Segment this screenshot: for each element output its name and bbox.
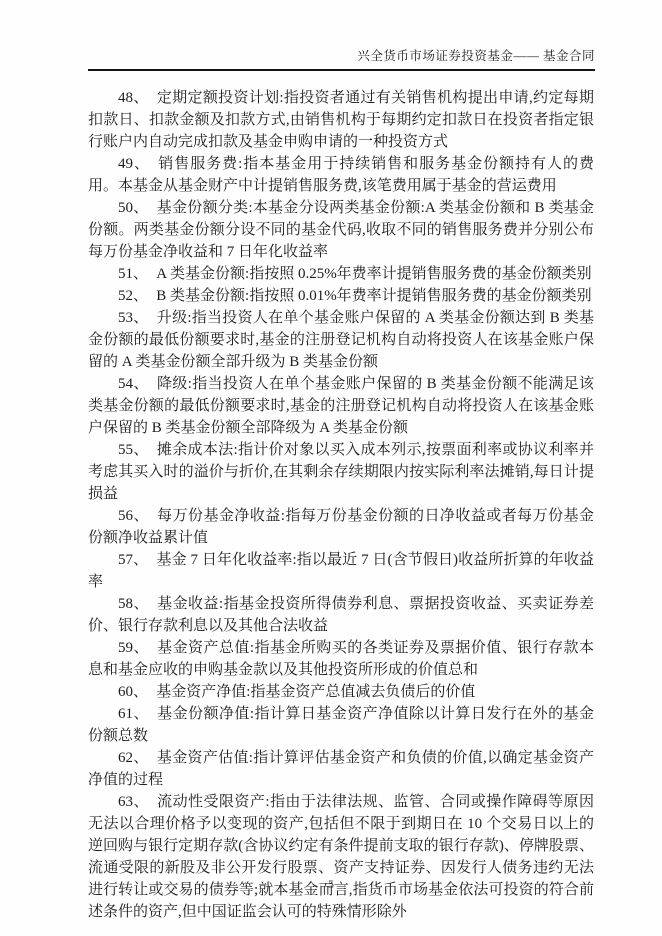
paragraph-text: 降级:指当投资人在单个基金账户保留的 B 类基金份额不能满足该类基金份额的最低份… [88, 376, 594, 436]
paragraph-number: 57、 [118, 552, 148, 568]
paragraph-number: 53、 [118, 310, 149, 326]
definition-paragraph-61: 61、基金份额净值:指计算日基金资产净值除以计算日发行在外的基金份额总数 [88, 703, 594, 747]
paragraph-text: 基金份额分类:本基金分设两类基金份额:A 类基金份额和 B 类基金份额。两类基金… [88, 200, 594, 260]
paragraph-text: 定期定额投资计划:指投资者通过有关销售机构提出申请,约定每期扣款日、扣款金额及扣… [88, 90, 594, 150]
paragraph-number: 61、 [118, 706, 149, 722]
definition-paragraph-55: 55、摊余成本法:指计价对象以买入成本列示,按票面利率或协议利率并考虑其买入时的… [88, 439, 594, 505]
definition-paragraph-58: 58、基金收益:指基金投资所得债券利息、票据投资收益、买卖证券差价、银行存款利息… [88, 593, 594, 637]
paragraph-number: 54、 [118, 376, 149, 392]
paragraph-number: 58、 [118, 596, 149, 612]
paragraph-text: 基金份额净值:指计算日基金资产净值除以计算日发行在外的基金份额总数 [88, 706, 594, 744]
paragraph-text: 基金资产估值:指计算评估基金资产和负债的价值,以确定基金资产净值的过程 [88, 750, 594, 788]
definition-paragraph-50: 50、基金份额分类:本基金分设两类基金份额:A 类基金份额和 B 类基金份额。两… [88, 197, 594, 263]
paragraph-text: 基金收益:指基金投资所得债券利息、票据投资收益、买卖证券差价、银行存款利息以及其… [88, 596, 594, 634]
paragraph-number: 51、 [118, 266, 148, 282]
paragraph-text: A 类基金份额:指按照 0.25%年费率计提销售服务费的基金份额类别 [156, 266, 591, 282]
definition-paragraph-53: 53、升级:指当投资人在单个基金账户保留的 A 类基金份额达到 B 类基金份额的… [88, 307, 594, 373]
definition-paragraph-49: 49、销售服务费:指本基金用于持续销售和服务基金份额持有人的费用。本基金从基金财… [88, 153, 594, 197]
paragraph-text: 摊余成本法:指计价对象以买入成本列示,按票面利率或协议利率并考虑其买入时的溢价与… [88, 442, 594, 502]
definition-paragraph-57: 57、基金 7 日年化收益率:指以最近 7 日(含节假日)收益所折算的年收益率 [88, 549, 594, 593]
definition-paragraph-56: 56、每万份基金净收益:指每万份基金份额的日净收益或者每万份基金份额净收益累计值 [88, 505, 594, 549]
page-header-title: 兴全货币市场证券投资基金—— 基金合同 [88, 46, 595, 64]
paragraph-number: 63、 [118, 794, 149, 810]
paragraph-number: 50、 [118, 200, 149, 216]
definition-paragraph-59: 59、基金资产总值:指基金所购买的各类证券及票据价值、银行存款本息和基金应收的申… [88, 637, 594, 681]
definition-paragraph-63: 63、流动性受限资产:指由于法律法规、监管、合同或操作障碍等原因无法以合理价格予… [88, 791, 594, 923]
definition-paragraph-52: 52、B 类基金份额:指按照 0.01%年费率计提销售服务费的基金份额类别 [88, 285, 594, 307]
document-body: 48、定期定额投资计划:指投资者通过有关销售机构提出申请,约定每期扣款日、扣款金… [88, 87, 594, 923]
paragraph-number: 60、 [118, 684, 148, 700]
paragraph-number: 55、 [118, 442, 149, 458]
paragraph-text: 流动性受限资产:指由于法律法规、监管、合同或操作障碍等原因无法以合理价格予以变现… [88, 794, 594, 920]
definition-paragraph-54: 54、降级:指当投资人在单个基金账户保留的 B 类基金份额不能满足该类基金份额的… [88, 373, 594, 439]
definition-paragraph-48: 48、定期定额投资计划:指投资者通过有关销售机构提出申请,约定每期扣款日、扣款金… [88, 87, 594, 153]
definition-paragraph-62: 62、基金资产估值:指计算评估基金资产和负债的价值,以确定基金资产净值的过程 [88, 747, 594, 791]
paragraph-number: 49、 [118, 156, 150, 172]
paragraph-number: 62、 [118, 750, 149, 766]
paragraph-text: B 类基金份额:指按照 0.01%年费率计提销售服务费的基金份额类别 [156, 288, 591, 304]
definition-paragraph-60: 60、基金资产净值:指基金资产总值减去负债后的价值 [88, 681, 594, 703]
page-number: 5 [0, 877, 662, 892]
paragraph-text: 基金资产总值:指基金所购买的各类证券及票据价值、银行存款本息和基金应收的申购基金… [88, 640, 594, 678]
paragraph-text: 销售服务费:指本基金用于持续销售和服务基金份额持有人的费用。本基金从基金财产中计… [88, 156, 594, 194]
definition-paragraph-51: 51、A 类基金份额:指按照 0.25%年费率计提销售服务费的基金份额类别 [88, 263, 594, 285]
document-page: 兴全货币市场证券投资基金—— 基金合同 48、定期定额投资计划:指投资者通过有关… [0, 0, 662, 936]
paragraph-text: 升级:指当投资人在单个基金账户保留的 A 类基金份额达到 B 类基金份额的最低份… [88, 310, 594, 370]
paragraph-number: 56、 [118, 508, 149, 524]
paragraph-number: 52、 [118, 288, 148, 304]
paragraph-number: 59、 [118, 640, 149, 656]
header-rule [88, 69, 595, 71]
paragraph-text: 基金资产净值:指基金资产总值减去负债后的价值 [156, 684, 475, 700]
paragraph-number: 48、 [118, 90, 149, 106]
paragraph-text: 基金 7 日年化收益率:指以最近 7 日(含节假日)收益所折算的年收益率 [88, 552, 594, 590]
paragraph-text: 每万份基金净收益:指每万份基金份额的日净收益或者每万份基金份额净收益累计值 [88, 508, 594, 546]
